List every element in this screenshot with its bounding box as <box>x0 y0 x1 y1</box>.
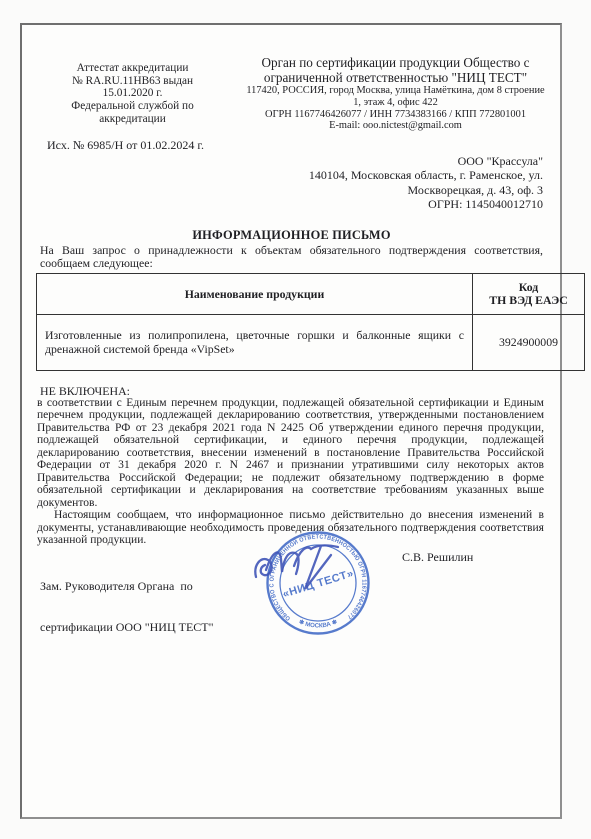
code-header-line1: Код <box>481 281 576 295</box>
code-header-line2: ТН ВЭД ЕАЭС <box>481 294 576 308</box>
accreditation-line: Аттестат аккредитации <box>45 62 220 75</box>
org-address-line1: 117420, РОССИЯ, город Москва, улица Намё… <box>232 85 559 97</box>
accreditation-line: № RA.RU.11НВ63 выдан <box>45 75 220 88</box>
signer-position: Зам. Руководителя Органа по сертификации… <box>40 553 270 648</box>
signer-position-line2: сертификации ООО "НИЦ ТЕСТ" <box>40 621 270 635</box>
column-header-product: Наименование продукции <box>37 274 473 315</box>
product-name-cell: Изготовленные из полипропилена, цветочны… <box>37 315 473 371</box>
body-paragraph-1: в соответствии с Единым перечнем продукц… <box>37 397 544 509</box>
accreditation-line: 15.01.2020 г. <box>45 87 220 100</box>
letter-intro: На Ваш запрос о принадлежности к объекта… <box>40 244 543 271</box>
table-row: Изготовленные из полипропилена, цветочны… <box>37 315 585 371</box>
accreditation-block: Аттестат аккредитации № RA.RU.11НВ63 выд… <box>45 62 220 126</box>
recipient-address-line: 140104, Московская область, г. Раменское… <box>250 168 543 182</box>
signature-stroke <box>305 546 331 589</box>
product-code-cell: 3924900009 <box>473 315 585 371</box>
handwritten-signature <box>250 536 360 606</box>
recipient-block: ООО "Крассула" 140104, Московская област… <box>250 154 543 211</box>
stamp-bottom-text: ✱ МОСКВА ✱ <box>298 618 339 629</box>
outgoing-reference: Исх. № 6985/Н от 01.02.2024 г. <box>47 138 204 153</box>
svg-text:✱ МОСКВА ✱: ✱ МОСКВА ✱ <box>298 618 339 629</box>
org-email: E-mail: ooo.nictest@gmail.com <box>232 120 559 132</box>
accreditation-line: аккредитации <box>45 113 220 126</box>
recipient-ogrn: ОГРН: 1145040012710 <box>250 197 543 211</box>
signer-position-line1: Зам. Руководителя Органа по <box>40 580 270 594</box>
org-name-line1: Орган по сертификации продукции Общество… <box>232 55 559 70</box>
signer-name: С.В. Решилин <box>402 550 473 565</box>
letter-title: ИНФОРМАЦИОННОЕ ПИСЬМО <box>40 228 543 243</box>
products-table: Наименование продукции Код ТН ВЭД ЕАЭС И… <box>36 273 585 371</box>
recipient-address-line: Москворецкая, д. 43, оф. 3 <box>250 183 543 197</box>
column-header-code: Код ТН ВЭД ЕАЭС <box>473 274 585 315</box>
recipient-name: ООО "Крассула" <box>250 154 543 168</box>
table-header-row: Наименование продукции Код ТН ВЭД ЕАЭС <box>37 274 585 315</box>
accreditation-line: Федеральной службой по <box>45 100 220 113</box>
org-address-line2: 1, этаж 4, офис 422 <box>232 97 559 109</box>
org-header-block: Орган по сертификации продукции Общество… <box>232 55 559 132</box>
org-requisites: ОГРН 1167746426077 / ИНН 7734383166 / КП… <box>232 109 559 121</box>
letter-body: в соответствии с Единым перечнем продукц… <box>37 397 544 546</box>
org-name-line2: ограниченной ответственностью "НИЦ ТЕСТ" <box>232 70 559 85</box>
